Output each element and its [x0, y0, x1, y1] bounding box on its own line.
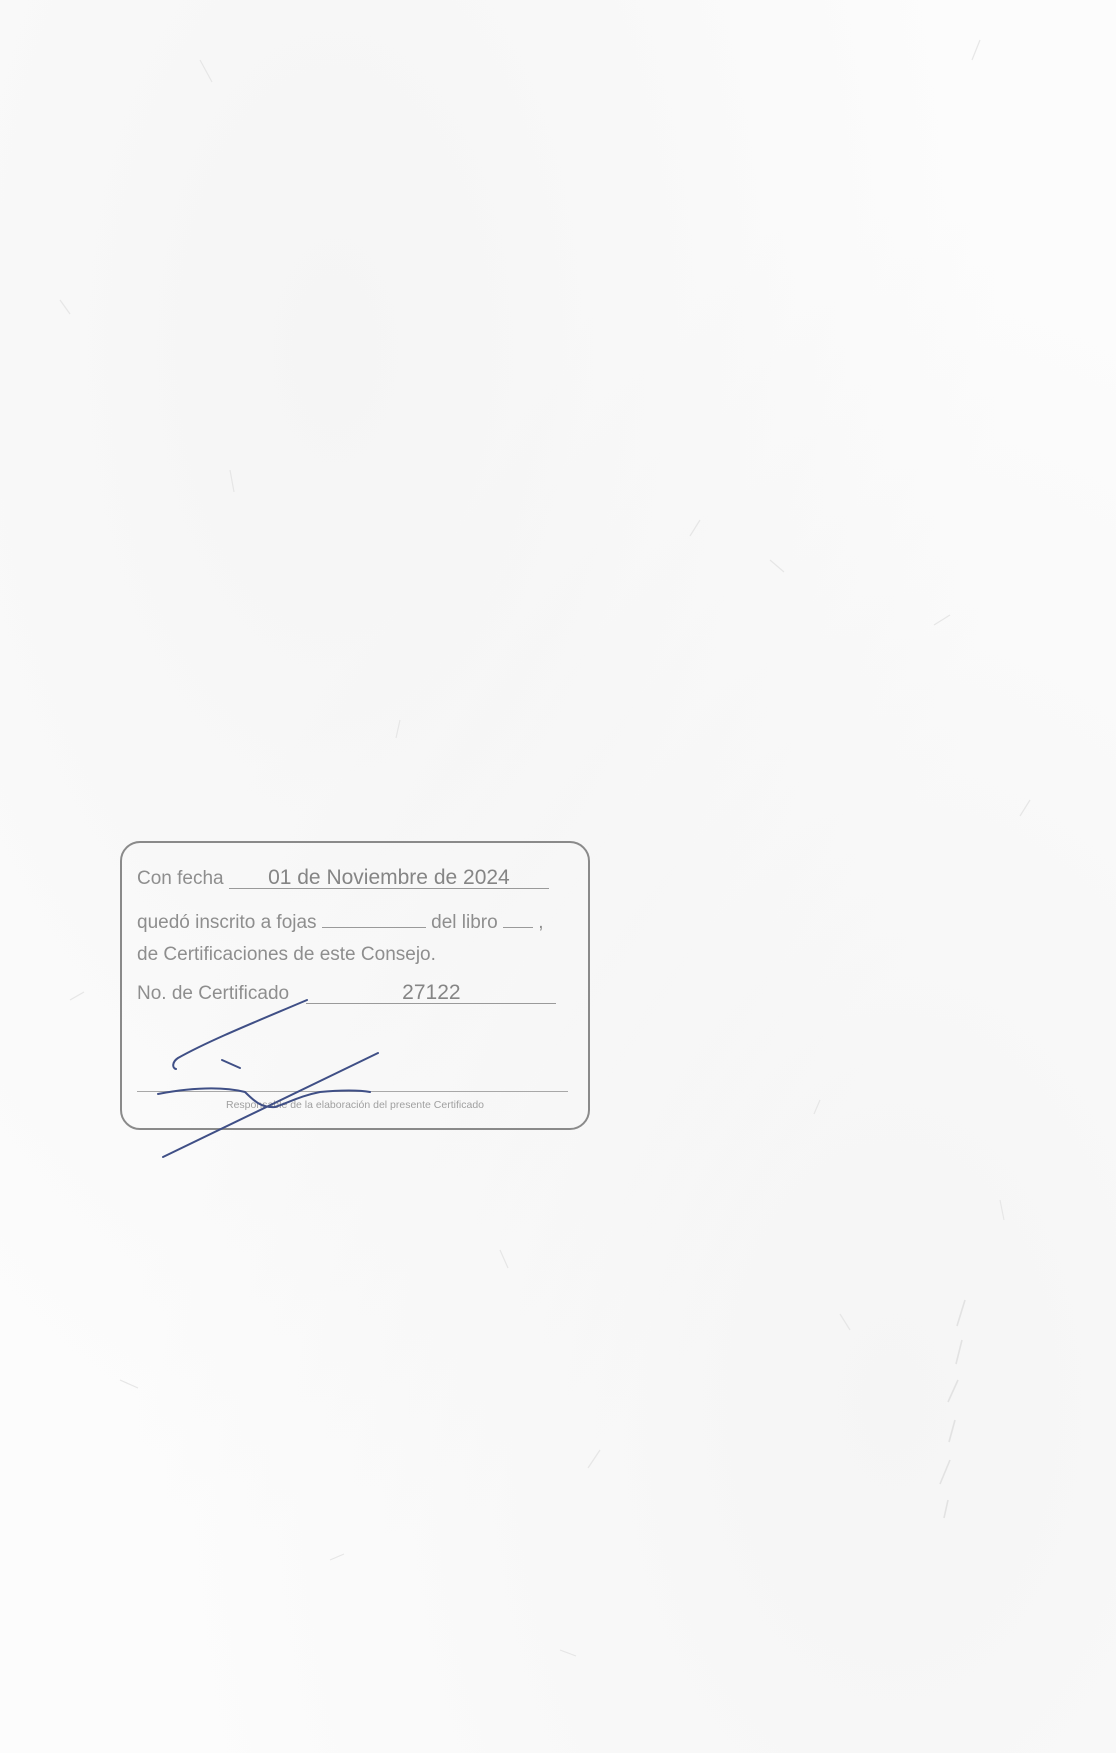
date-label: Con fecha [137, 868, 224, 889]
stamp-certificate-row: No. de Certificado 27122 [137, 982, 556, 1005]
fojas-value [322, 906, 426, 928]
line-end-comma: , [538, 912, 543, 933]
registration-stamp: Con fecha 01 de Noviembre de 2024 quedó … [120, 841, 590, 1130]
consejo-label: de Certificaciones de este Consejo. [137, 944, 436, 965]
fojas-label: quedó inscrito a fojas [137, 912, 317, 933]
libro-value [503, 906, 533, 928]
stamp-date-row: Con fecha 01 de Noviembre de 2024 [137, 867, 549, 890]
date-value: 01 de Noviembre de 2024 [229, 867, 549, 889]
certificate-number: 27122 [306, 982, 556, 1004]
stamp-consejo-row: de Certificaciones de este Consejo. [137, 944, 436, 966]
signature-caption: Responsable de la elaboración del presen… [122, 1099, 588, 1111]
signature-line [137, 1091, 568, 1092]
stamp-fojas-row: quedó inscrito a fojas del libro , [137, 906, 544, 934]
certificate-label: No. de Certificado [137, 983, 289, 1004]
libro-label: del libro [431, 912, 498, 933]
